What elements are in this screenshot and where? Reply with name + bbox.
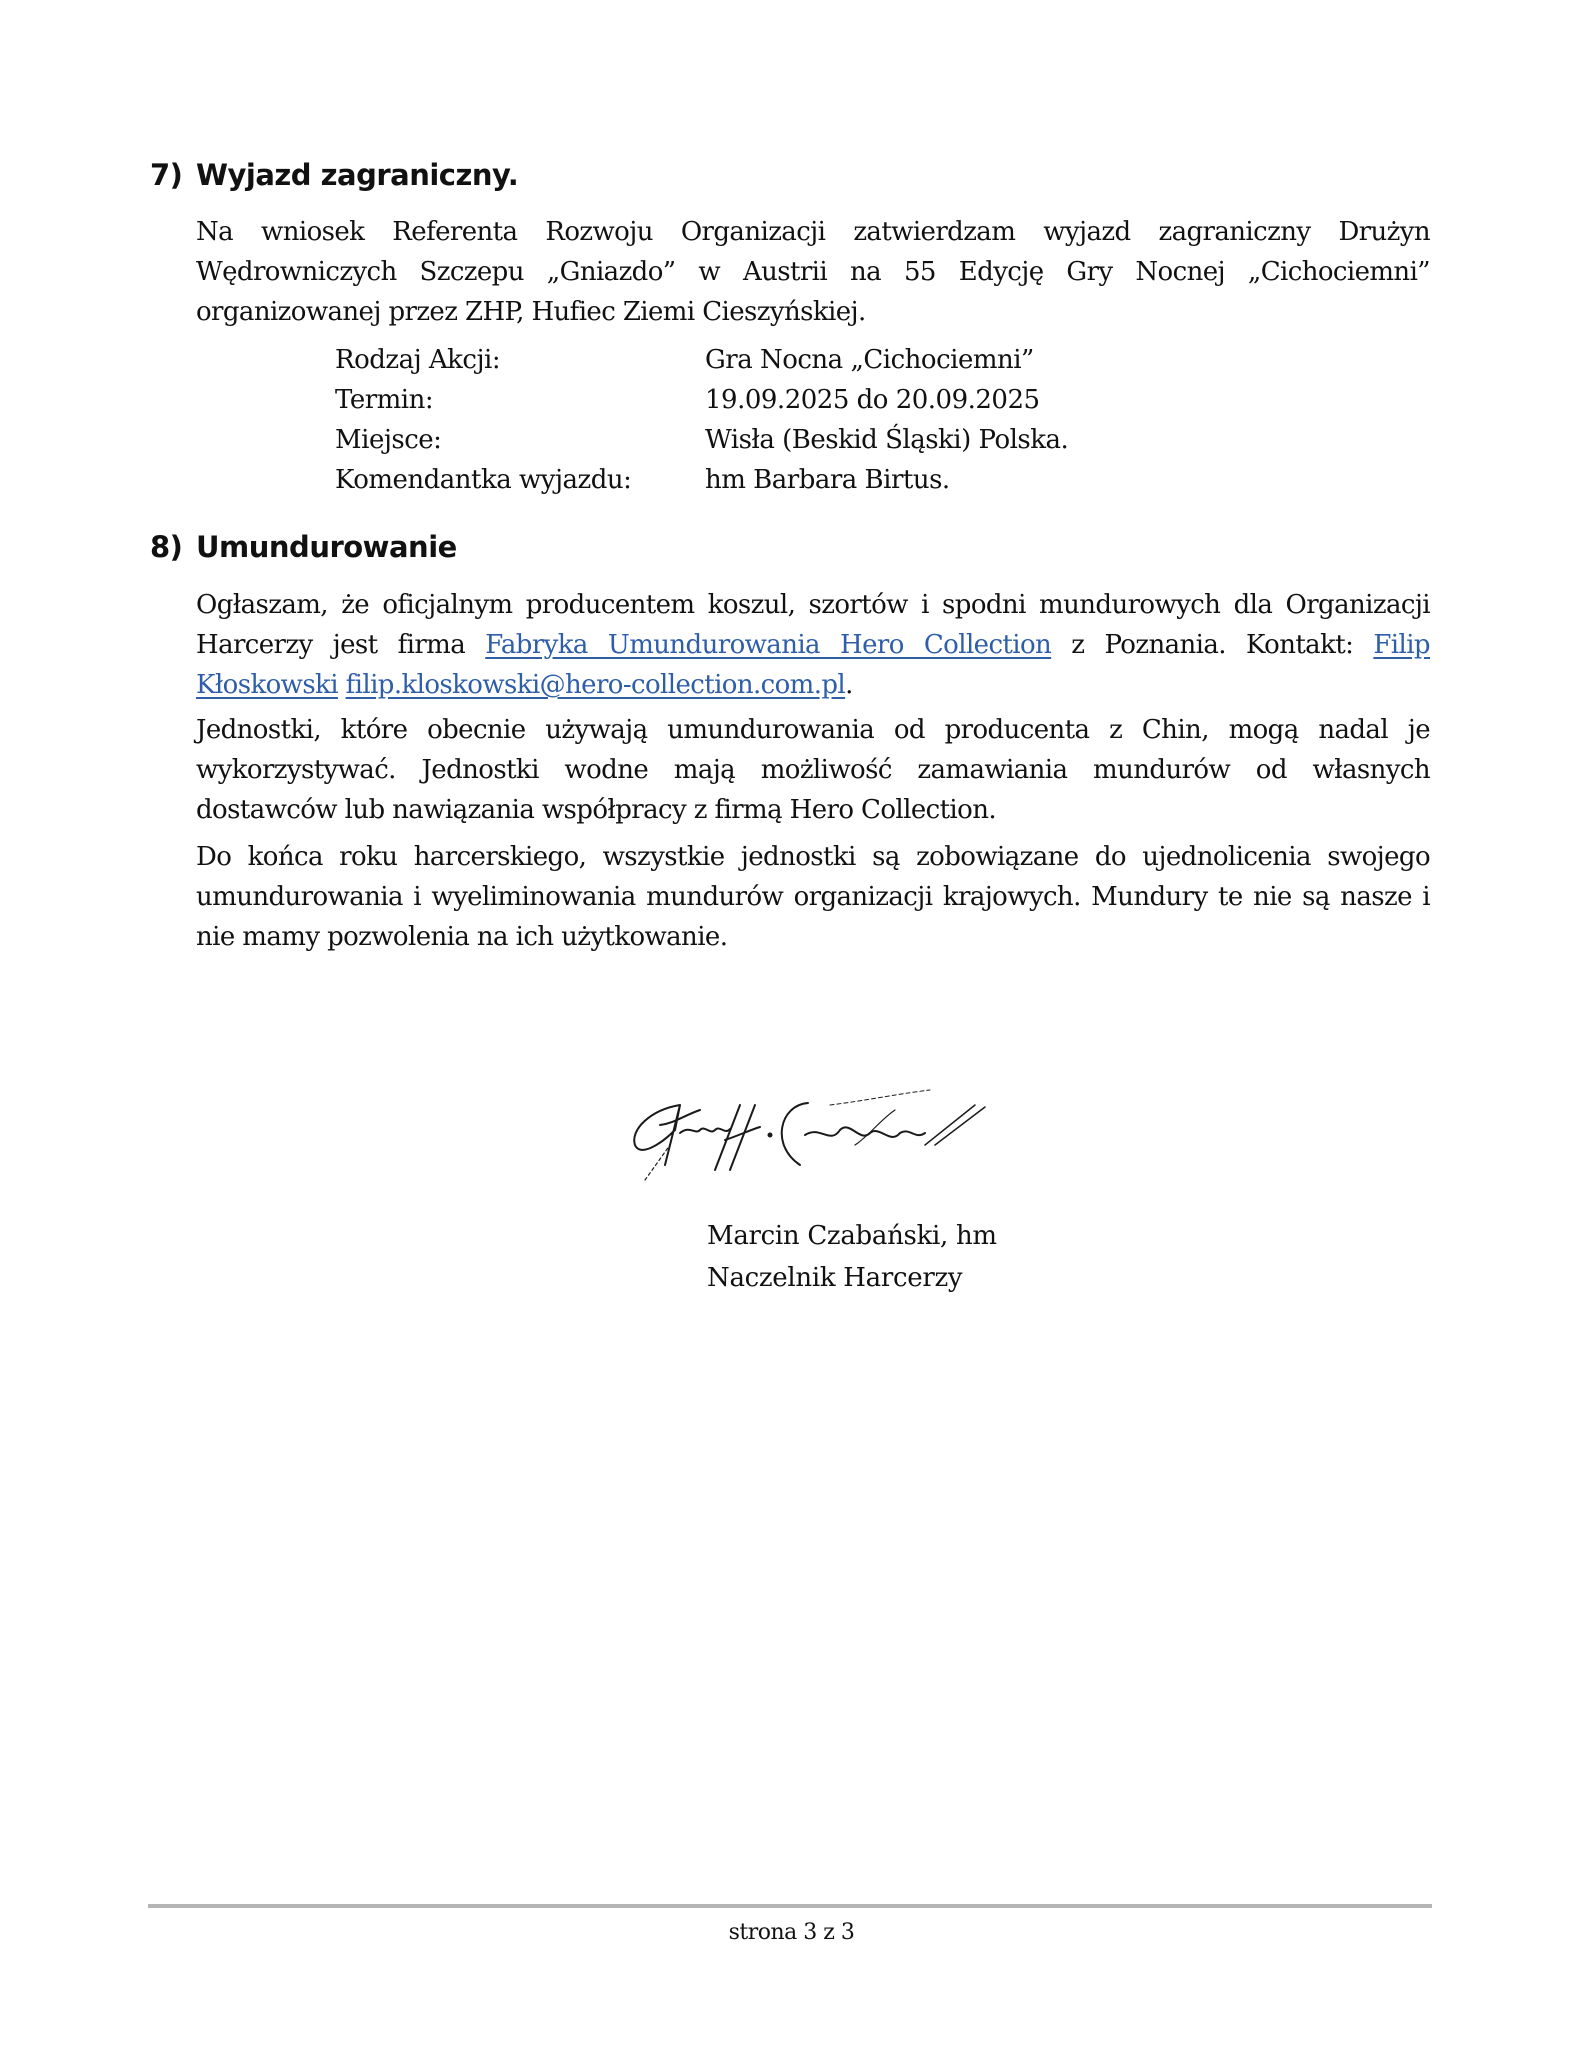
detail-value: Gra Nocna „Cichociemni” (705, 340, 1034, 380)
contact-email-link[interactable]: filip.kloskowski@hero-collection.com.pl (346, 670, 846, 700)
signatory-name: Marcin Czabański, hm (707, 1215, 997, 1257)
text: . (845, 670, 853, 700)
detail-label: Miejsce: (335, 420, 705, 460)
document-page: 7)Wyjazd zagraniczny. Na wniosek Referen… (0, 0, 1583, 2048)
detail-label: Komendantka wyjazdu: (335, 460, 705, 500)
detail-value: hm Barbara Birtus. (705, 460, 950, 500)
detail-label: Termin: (335, 380, 705, 420)
detail-label: Rodzaj Akcji: (335, 340, 705, 380)
detail-row: Rodzaj Akcji: Gra Nocna „Cichociemni” (335, 340, 1068, 380)
trip-details: Rodzaj Akcji: Gra Nocna „Cichociemni” Te… (335, 340, 1068, 500)
text: z Poznania. Kontakt: (1051, 630, 1373, 660)
detail-row: Komendantka wyjazdu: hm Barbara Birtus. (335, 460, 1068, 500)
detail-value: 19.09.2025 do 20.09.2025 (705, 380, 1040, 420)
handwritten-signature (630, 1085, 1010, 1195)
section-title: Umundurowanie (196, 530, 457, 564)
section-8-paragraph-3: Do końca roku harcerskiego, wszystkie je… (196, 837, 1430, 957)
detail-row: Miejsce: Wisła (Beskid Śląski) Polska. (335, 420, 1068, 460)
section-number: 8) (150, 530, 196, 564)
signatory-block: Marcin Czabański, hm Naczelnik Harcerzy (707, 1215, 997, 1299)
section-8-heading: 8)Umundurowanie (150, 530, 457, 564)
hero-collection-link[interactable]: Fabryka Umundurowania Hero Collection (485, 630, 1051, 660)
section-8-paragraph-1: Ogłaszam, że oficjalnym producentem kosz… (196, 585, 1430, 705)
detail-row: Termin: 19.09.2025 do 20.09.2025 (335, 380, 1068, 420)
section-number: 7) (150, 158, 196, 192)
detail-value: Wisła (Beskid Śląski) Polska. (705, 420, 1068, 460)
signatory-role: Naczelnik Harcerzy (707, 1257, 997, 1299)
section-7-heading: 7)Wyjazd zagraniczny. (150, 158, 518, 192)
text (338, 670, 346, 700)
page-number: strona 3 z 3 (0, 1920, 1583, 1945)
footer-divider (148, 1904, 1432, 1908)
section-8-paragraph-2: Jednostki, które obecnie używają umundur… (196, 710, 1430, 830)
section-7-paragraph: Na wniosek Referenta Rozwoju Organizacji… (196, 212, 1430, 332)
section-title: Wyjazd zagraniczny. (196, 158, 518, 192)
